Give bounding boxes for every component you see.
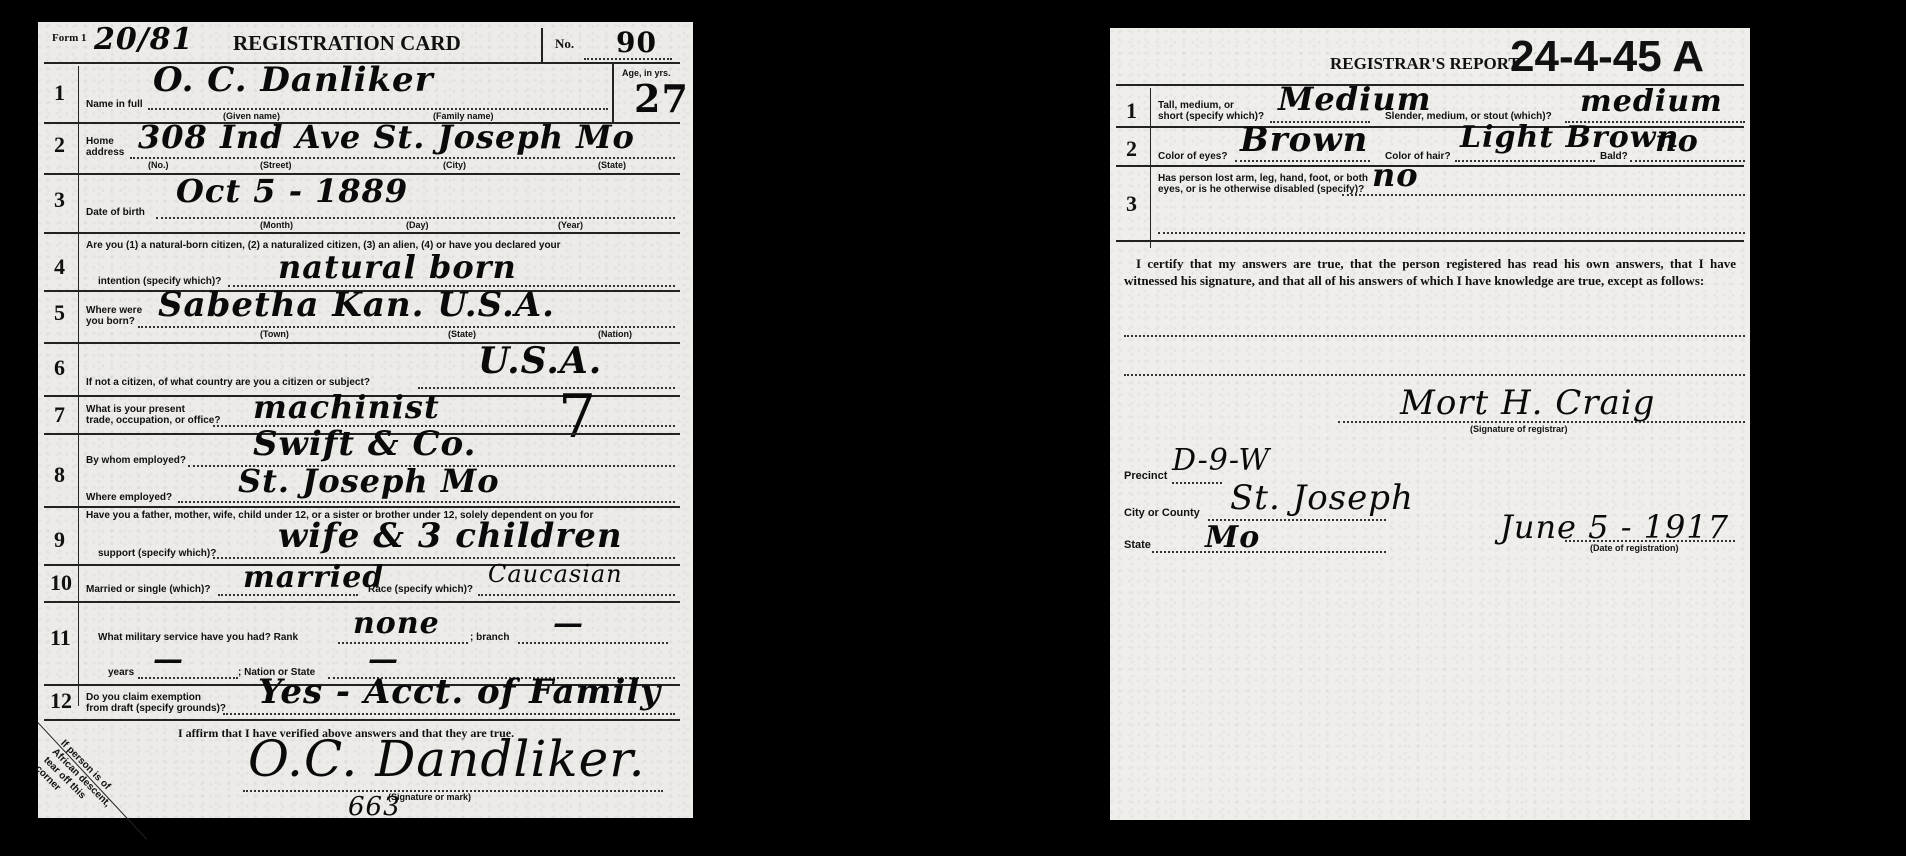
city-county-label: City or County	[1124, 508, 1200, 519]
row-number: 4	[54, 254, 65, 280]
row-number: 5	[54, 300, 65, 326]
registrar-signature-label: (Signature of registrar)	[1470, 424, 1568, 434]
citizenship-value: natural born	[278, 248, 517, 286]
state-sublabel: (State)	[448, 329, 476, 339]
street-sublabel: (Street)	[260, 160, 292, 170]
year-sublabel: (Year)	[558, 220, 583, 230]
row-number: 3	[1126, 191, 1137, 217]
precinct-value: D-9-W	[1172, 443, 1270, 478]
race-value: Caucasian	[488, 560, 623, 588]
registrars-report: REGISTRAR'S REPORT 24-4-45 A 1 Tall, med…	[1110, 28, 1750, 820]
branch-value: —	[553, 606, 584, 641]
row-number: 7	[54, 402, 65, 428]
month-sublabel: (Month)	[260, 220, 293, 230]
row-number: 3	[54, 187, 65, 213]
row-number: 6	[54, 355, 65, 381]
registration-card: Form 1 20/81 REGISTRATION CARD No. 90 1 …	[38, 22, 693, 818]
card-title: REGISTRATION CARD	[233, 31, 461, 56]
hair-color-value: Light Brown	[1460, 120, 1679, 155]
employment-place-label: Where employed?	[86, 492, 172, 503]
row-number: 9	[54, 527, 65, 553]
birthplace-label-line1: Where were	[86, 305, 142, 316]
report-title: REGISTRAR'S REPORT	[1330, 54, 1520, 74]
row-number: 12	[50, 688, 72, 714]
city-sublabel: (City)	[443, 160, 466, 170]
name-label: Name in full	[86, 99, 143, 110]
row-number: 11	[50, 625, 71, 651]
city-county-value: St. Joseph	[1230, 478, 1414, 518]
employer-value: Swift & Co.	[253, 424, 476, 464]
employment-place-value: St. Joseph Mo	[238, 462, 500, 500]
occupation-value: machinist	[253, 388, 440, 426]
state-value: Mo	[1205, 520, 1260, 555]
years-label: years	[108, 667, 134, 678]
home-label-line1: Home	[86, 136, 114, 147]
home-label-line2: address	[86, 147, 124, 158]
birthplace-value: Sabetha Kan. U.S.A.	[158, 285, 555, 325]
dob-label: Date of birth	[86, 207, 145, 218]
exemption-label-line2: from draft (specify grounds)?	[86, 703, 226, 714]
occupation-label-line2: trade, occupation, or office?	[86, 415, 220, 426]
occupation-label-line1: What is your present	[86, 404, 185, 415]
build-value: medium	[1580, 84, 1723, 119]
employer-label: By whom employed?	[86, 455, 186, 466]
exemption-value: Yes - Acct. of Family	[258, 672, 661, 712]
registration-date-label: (Date of registration)	[1590, 543, 1679, 553]
no-sublabel: (No.)	[148, 160, 169, 170]
country-value: U.S.A.	[478, 340, 602, 382]
row-number: 1	[1126, 98, 1137, 124]
registrant-signature: O.C. Dandliker.	[248, 730, 646, 788]
marital-label: Married or single (which)?	[86, 584, 210, 595]
height-label-line1: Tall, medium, or	[1158, 100, 1234, 111]
disability-label-line2: eyes, or is he otherwise disabled (speci…	[1158, 184, 1364, 195]
age-value: 27	[634, 76, 689, 121]
marital-value: married	[243, 560, 384, 595]
tear-off-corner-note: If person is of African descent, tear of…	[32, 738, 121, 827]
row-number: 10	[50, 570, 72, 596]
bottom-number: 663	[348, 792, 401, 822]
dependents-value: wife & 3 children	[278, 516, 623, 556]
race-label: Race (specify which)?	[368, 584, 473, 595]
dob-value: Oct 5 - 1889	[176, 172, 408, 210]
country-label: If not a citizen, of what country are yo…	[86, 377, 370, 388]
certification-text: I certify that my answers are true, that…	[1124, 255, 1736, 289]
state-label: State	[1124, 540, 1151, 551]
rank-value: none	[353, 606, 440, 641]
eye-color-label: Color of eyes?	[1158, 151, 1227, 162]
eye-color-value: Brown	[1240, 120, 1368, 160]
name-value: O. C. Danliker	[153, 60, 434, 100]
town-sublabel: (Town)	[260, 329, 289, 339]
precinct-label: Precinct	[1124, 471, 1167, 482]
registrar-signature: Mort H. Craig	[1400, 383, 1655, 423]
row-number: 8	[54, 462, 65, 488]
disability-value: no	[1372, 156, 1419, 194]
exemption-label-line1: Do you claim exemption	[86, 692, 201, 703]
home-address-value: 308 Ind Ave St. Joseph Mo	[138, 118, 635, 156]
occupation-mark: 7	[558, 382, 597, 452]
dependents-label: support (specify which)?	[98, 548, 216, 559]
day-sublabel: (Day)	[406, 220, 429, 230]
birthplace-label-line2: you born?	[86, 316, 135, 327]
card-number: 90	[616, 26, 657, 59]
form-handwritten-number: 20/81	[94, 22, 193, 57]
military-label: What military service have you had? Rank	[98, 632, 298, 643]
no-label: No.	[555, 36, 574, 52]
years-value: —	[153, 642, 184, 677]
bald-value: no	[1655, 124, 1699, 159]
nation-sublabel: (Nation)	[598, 329, 632, 339]
row-number: 2	[54, 132, 65, 158]
branch-label: ; branch	[470, 632, 509, 643]
bald-label: Bald?	[1600, 151, 1628, 162]
disability-label-line1: Has person lost arm, leg, hand, foot, or…	[1158, 173, 1368, 184]
row-number: 1	[54, 80, 65, 106]
form-label: Form 1	[52, 32, 87, 44]
serial-stamp: 24-4-45 A	[1510, 32, 1704, 82]
row-number: 2	[1126, 136, 1137, 162]
state-sublabel: (State)	[598, 160, 626, 170]
